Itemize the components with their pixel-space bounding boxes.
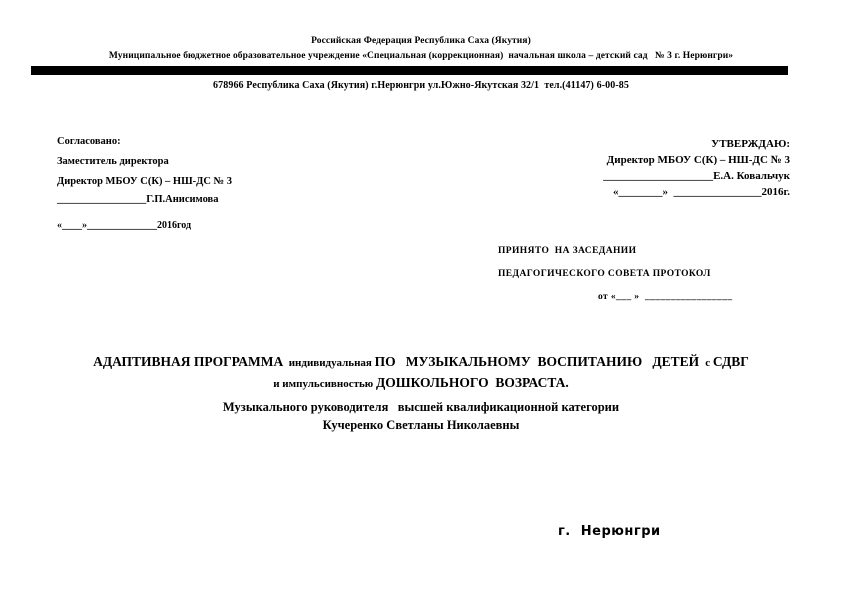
agreed-title: Согласовано: xyxy=(57,136,317,147)
accepted-protocol-date-line: от «___ » _________________ xyxy=(598,292,828,302)
agreed-signature-underline: _________________ xyxy=(57,194,146,205)
accepted-block: ПРИНЯТО НА ЗАСЕДАНИИ ПЕДАГОГИЧЕСКОГО СОВ… xyxy=(498,246,828,302)
accepted-line-2: ПЕДАГОГИЧЕСКОГО СОВЕТА ПРОТОКОЛ xyxy=(498,269,828,279)
agreed-signature-name: Г.П.Анисимова xyxy=(146,194,218,205)
title-individual: индивидуальная xyxy=(283,357,374,369)
agreed-director-line: Директор МБОУ С(К) – НШ-ДС № 3 xyxy=(57,176,317,187)
title-adaptive-program: АДАПТИВНАЯ ПРОГРАММА xyxy=(93,354,283,369)
letterhead-country-line: Российская Федерация Республика Саха (Як… xyxy=(0,36,842,46)
approved-signature-name: Е.А. Ковальчук xyxy=(713,170,790,182)
accepted-line-1: ПРИНЯТО НА ЗАСЕДАНИИ xyxy=(498,246,828,256)
title-music-education: ПО МУЗЫКАЛЬНОМУ ВОСПИТАНИЮ ДЕТЕЙ xyxy=(375,354,703,369)
author-position-line: Музыкального руководителя высшей квалифи… xyxy=(0,398,842,416)
agreed-block: Согласовано: Заместитель директора Дирек… xyxy=(57,136,317,231)
city-label: г. Нерюнгри xyxy=(558,524,661,539)
program-title-block: АДАПТИВНАЯ ПРОГРАММА индивидуальная ПО М… xyxy=(0,352,842,434)
title-impulsivity: и импульсивностью xyxy=(273,378,376,390)
approved-date-line: «________» ________________2016г. xyxy=(490,184,790,200)
title-adhd: СДВГ xyxy=(713,354,749,369)
agreed-position-line: Заместитель директора xyxy=(57,156,317,167)
letterhead-address-line: 678966 Республика Саха (Якутия) г.Нерюнг… xyxy=(0,80,842,91)
document-page: Российская Федерация Республика Саха (Як… xyxy=(0,0,842,595)
program-title-line-1: АДАПТИВНАЯ ПРОГРАММА индивидуальная ПО М… xyxy=(0,352,842,373)
title-preschool-age: ДОШКОЛЬНОГО ВОЗРАСТА. xyxy=(376,375,569,390)
title-with: с xyxy=(703,357,713,369)
letterhead-institution-line: Муниципальное бюджетное образовательное … xyxy=(0,51,842,61)
agreed-date-line: «____»______________2016год xyxy=(57,220,317,231)
approved-block: УТВЕРЖДАЮ: Директор МБОУ С(К) – НШ-ДС № … xyxy=(490,136,790,200)
agreed-signature-line: _________________Г.П.Анисимова xyxy=(57,194,317,205)
approved-signature-underline: ____________________ xyxy=(603,170,713,182)
author-name-line: Кучеренко Светланы Николаевны xyxy=(0,416,842,434)
letterhead-divider-rule xyxy=(31,66,788,75)
approved-signature-line: ____________________Е.А. Ковальчук xyxy=(490,168,790,184)
program-title-line-2: и импульсивностью ДОШКОЛЬНОГО ВОЗРАСТА. xyxy=(0,373,842,394)
approved-title: УТВЕРЖДАЮ: xyxy=(490,136,790,152)
approved-director-line: Директор МБОУ С(К) – НШ-ДС № 3 xyxy=(490,152,790,168)
